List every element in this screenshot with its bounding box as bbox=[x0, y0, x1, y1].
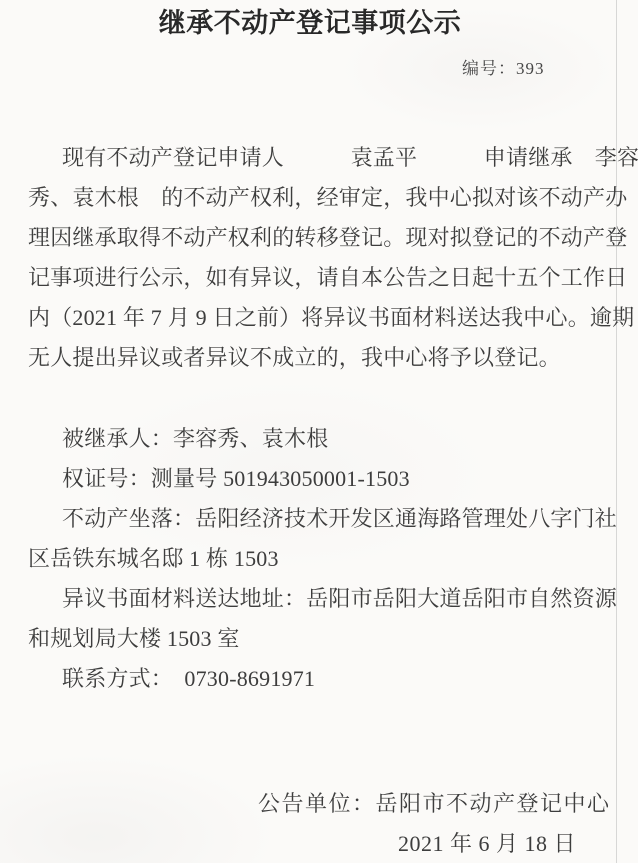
footer-issuer-line: 公告单位：岳阳市不动产登记中心 bbox=[258, 784, 611, 824]
body-line: 内（2021 年 7 月 9 日之前）将异议书面材料送达我中心。逾期 bbox=[28, 298, 628, 338]
footer-date-line: 2021 年 6 月 18 日 bbox=[398, 824, 576, 863]
body-line: 无人提出异议或者异议不成立的，我中心将予以登记。 bbox=[28, 338, 628, 378]
notice-body-paragraph: 现有不动产登记申请人 袁孟平 申请继承 李容 秀、袁木根 的不动产权利，经审定，… bbox=[28, 138, 628, 378]
detail-line-contact: 联系方式： 0730-8691971 bbox=[28, 659, 628, 699]
detail-line-location: 不动产坐落：岳阳经济技术开发区通海路管理处八字门社 bbox=[28, 499, 628, 539]
body-line: 理因继承取得不动产权利的转移登记。现对拟登记的不动产登 bbox=[28, 218, 628, 258]
scanned-notice-page: 继承不动产登记事项公示 编号：393 现有不动产登记申请人 袁孟平 申请继承 李… bbox=[0, 0, 638, 863]
detail-line-decedents: 被继承人：李容秀、袁木根 bbox=[28, 419, 628, 459]
detail-line-delivery-address: 异议书面材料送达地址：岳阳市岳阳大道岳阳市自然资源 bbox=[28, 579, 628, 619]
body-line: 现有不动产登记申请人 袁孟平 申请继承 李容 bbox=[28, 138, 628, 178]
detail-line-certificate: 权证号：测量号 501943050001-1503 bbox=[28, 459, 628, 499]
body-line: 秀、袁木根 的不动产权利，经审定，我中心拟对该不动产办 bbox=[28, 178, 628, 218]
body-line: 记事项进行公示，如有异议，请自本公告之日起十五个工作日 bbox=[28, 258, 628, 298]
notice-number: 编号：393 bbox=[462, 57, 545, 81]
notice-title: 继承不动产登记事项公示 bbox=[0, 5, 620, 41]
notice-details: 被继承人：李容秀、袁木根 权证号：测量号 501943050001-1503 不… bbox=[28, 419, 628, 699]
detail-line-address-cont: 和规划局大楼 1503 室 bbox=[28, 619, 628, 659]
detail-line-location-cont: 区岳铁东城名邸 1 栋 1503 bbox=[28, 539, 628, 579]
